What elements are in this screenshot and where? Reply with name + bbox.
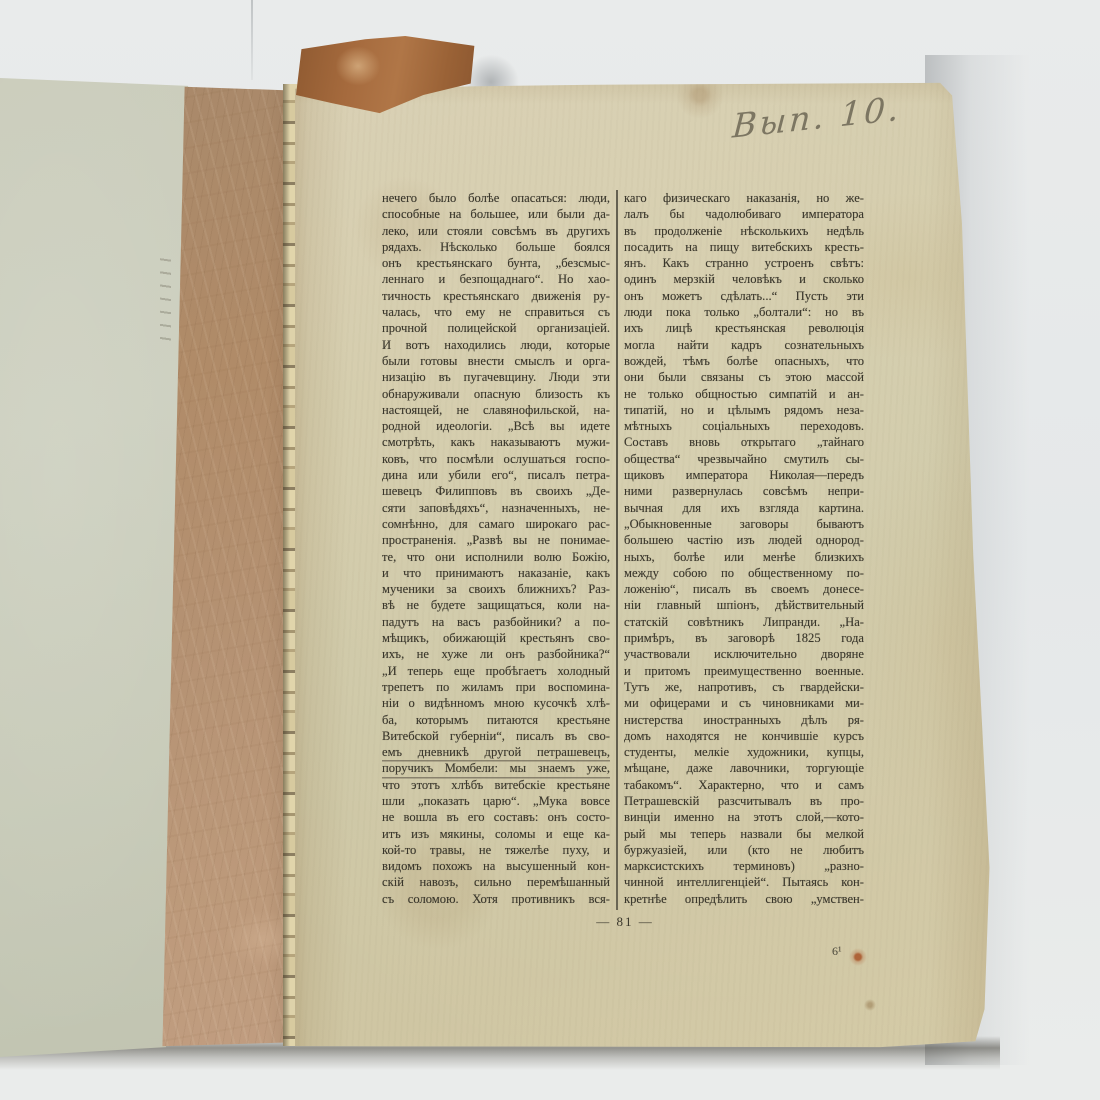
text-line: винціи именно на этотъ слой,—кото-: [624, 809, 864, 825]
text-line: видомъ похожъ на высушенный кон-: [382, 858, 610, 874]
text-line: марксистскихъ терминовъ) „разно-: [624, 858, 864, 874]
text-line: „И теперь еще пробѣгаетъ холодный: [382, 663, 610, 679]
text-column-right: каго физическаго наказанія, но же-лалъ б…: [624, 190, 864, 907]
text-line: И вотъ находились люди, которые: [382, 337, 610, 353]
page-number: — 81 —: [525, 914, 725, 930]
text-line: дина или убили его“, писалъ петра-: [382, 467, 610, 483]
text-line: участвовали исключительно дворяне: [624, 646, 864, 662]
text-line: они были связаны съ этою массой: [624, 369, 864, 385]
text-line: леннаго и безпощаднаго“. Но хао-: [382, 271, 610, 287]
text-line: онъ можетъ сдѣлать...“ Пусть эти: [624, 288, 864, 304]
text-line: Витебской губерніи“, писалъ въ сво-: [382, 728, 610, 744]
book-page: Вып. 10. нечего было болѣе опасаться: лю…: [288, 78, 993, 1053]
text-line: янъ. Какъ странно устроенъ свѣтъ:: [624, 255, 864, 271]
text-line: падутъ на васъ разбойники? а по-: [382, 614, 610, 630]
text-line: Тутъ же, напротивъ, съ гвардейски-: [624, 679, 864, 695]
text-line: мѣтныхъ соціальныхъ переходовъ.: [624, 418, 864, 434]
text-line: рядахъ. Нѣсколько больше боялся: [382, 239, 610, 255]
text-line: статскій совѣтникъ Липранди. „На-: [624, 614, 864, 630]
text-line: вождей, тѣмъ болѣе опасныхъ, что: [624, 353, 864, 369]
text-line: способные на большее, или были да-: [382, 206, 610, 222]
text-line: не только общностью симпатій и ан-: [624, 386, 864, 402]
text-line: низацію въ пугачевщину. Люди эти: [382, 369, 610, 385]
text-line: шевецъ Филипповъ въ своихъ „Де-: [382, 483, 610, 499]
text-line: домъ находятся не кончившіе курсъ: [624, 728, 864, 744]
text-line: мѣщикъ, обижающій крестьянъ сво-: [382, 630, 610, 646]
text-line: ныхъ, болѣе или менѣе близкихъ: [624, 549, 864, 565]
text-line: щиковъ императора Николая—передъ: [624, 467, 864, 483]
text-line: смотрѣть, какъ наказываютъ мужи-: [382, 434, 610, 450]
text-line: чалась, что ему не справиться съ: [382, 304, 610, 320]
text-line: поручикъ Момбели: мы знаемъ уже,: [382, 760, 610, 776]
text-line: мѣщане, даже лавочники, торгующіе: [624, 760, 864, 776]
text-line: посадить на пищу витебскихъ кресть-: [624, 239, 864, 255]
text-line: каго физическаго наказанія, но же-: [624, 190, 864, 206]
text-line: не вошла въ его составъ: онъ состо-: [382, 809, 610, 825]
text-line: прочной полицейской организаціей.: [382, 320, 610, 336]
text-line: примѣръ, въ заговорѣ 1825 года: [624, 630, 864, 646]
text-line: обнаруживали опасную близость къ: [382, 386, 610, 402]
text-line: сомнѣнно, для самаго широкаго рас-: [382, 516, 610, 532]
text-line: онъ крестьянскаго бунта, „безсмыс-: [382, 255, 610, 271]
handwritten-note: Вып. 10.: [731, 85, 933, 145]
text-line: ніи главный шпіонъ, дѣйствительный: [624, 597, 864, 613]
text-line: Составъ вновь открытаго „тайнаго: [624, 434, 864, 450]
text-line: ложенію“, писалъ въ своемъ донесе-: [624, 581, 864, 597]
text-line: родной идеологіи. „Всѣ вы идете: [382, 418, 610, 434]
text-line: ковъ, что посмѣли ослушаться госпо-: [382, 451, 610, 467]
text-line: ніи о видѣнномъ мною кусочкѣ хлѣ-: [382, 695, 610, 711]
text-line: мученики за своихъ ближнихъ? Раз-: [382, 581, 610, 597]
text-line: между собою по общественному по-: [624, 565, 864, 581]
text-line: леко, или стояли совсѣмъ въ другихъ: [382, 223, 610, 239]
text-line: кой-то травы, не тяжелѣе пуху, и: [382, 842, 610, 858]
text-line: могла найти кадръ сознательныхъ: [624, 337, 864, 353]
pencil-marks: [160, 252, 171, 344]
signature-mark: 6¹: [832, 944, 842, 959]
text-line: общества“ чрезвычайно смутилъ сы-: [624, 451, 864, 467]
text-line: кретнѣе опредѣлить свою „умствен-: [624, 891, 864, 907]
photo-scene: Вып. 10. нечего было болѣе опасаться: лю…: [0, 0, 1100, 1100]
text-line: ихъ лицѣ крестьянская революція: [624, 320, 864, 336]
text-line: те, что они исполнили волю Божію,: [382, 549, 610, 565]
text-line: табакомъ“. Характерно, что и самъ: [624, 777, 864, 793]
text-line: буржуазіей, или (кто не любитъ: [624, 842, 864, 858]
text-line: чинной интеллигенціей“. Пытаясь кон-: [624, 874, 864, 890]
text-line: скій навозъ, сильно перемѣшанный: [382, 874, 610, 890]
text-line: шли „показать царю“. „Мука вовсе: [382, 793, 610, 809]
text-line: настоящей, не славянофильской, на-: [382, 402, 610, 418]
text-line: съ соломою. Хотя противникъ вся-: [382, 891, 610, 907]
text-line: пространенія. „Развѣ вы не понимае-: [382, 532, 610, 548]
text-line: студенты, мелкіе художники, купцы,: [624, 744, 864, 760]
text-line: типатій, но и цѣлымъ рядомъ неза-: [624, 402, 864, 418]
text-line: были готовы внести смыслъ и орга-: [382, 353, 610, 369]
text-line: и притомъ преимущественно военные.: [624, 663, 864, 679]
text-line: въ продолженіе нѣсколькихъ недѣль: [624, 223, 864, 239]
text-line: Петрашевскій разсчитывалъ въ про-: [624, 793, 864, 809]
text-line: вѣ не будете защищаться, коли на-: [382, 597, 610, 613]
text-line: рый мы теперь назвали бы мелкой: [624, 826, 864, 842]
text-line: большею частію изъ людей однород-: [624, 532, 864, 548]
text-line: лалъ бы чадолюбиваго императора: [624, 206, 864, 222]
text-line: и что принимаютъ наказаніе, какъ: [382, 565, 610, 581]
wall-crease: [251, 0, 253, 80]
column-divider-rule: [616, 190, 618, 910]
text-line: „Обыкновенные заговоры бываютъ: [624, 516, 864, 532]
text-line: тичность крестьянскаго движенія ру-: [382, 288, 610, 304]
text-column-left: нечего было болѣе опасаться: люди,способ…: [382, 190, 610, 907]
text-line: одинъ мерзкій человѣкъ и сколько: [624, 271, 864, 287]
text-line: люди пока только „болтали“: но въ: [624, 304, 864, 320]
text-line: ба, которымъ питаются крестьяне: [382, 712, 610, 728]
text-line: нистерства иностранныхъ дѣлъ ря-: [624, 712, 864, 728]
text-line: емъ дневникѣ другой петрашевецъ,: [382, 744, 610, 760]
text-line: итъ изъ мякины, соломы и еще ка-: [382, 826, 610, 842]
text-line: ихъ, не хуже ли онъ разбойника?“: [382, 646, 610, 662]
text-line: что этотъ хлѣбъ витебскіе крестьяне: [382, 777, 610, 793]
text-line: ними развернулась совсѣмъ непри-: [624, 483, 864, 499]
text-line: сяти заповѣдяхъ“, назначенныхъ, не-: [382, 500, 610, 516]
text-line: ми офицерами и съ чиновниками ми-: [624, 695, 864, 711]
text-line: нечего было болѣе опасаться: люди,: [382, 190, 610, 206]
text-line: вычная для ихъ взгляда картина.: [624, 500, 864, 516]
text-line: трепетъ по жиламъ при воспомина-: [382, 679, 610, 695]
